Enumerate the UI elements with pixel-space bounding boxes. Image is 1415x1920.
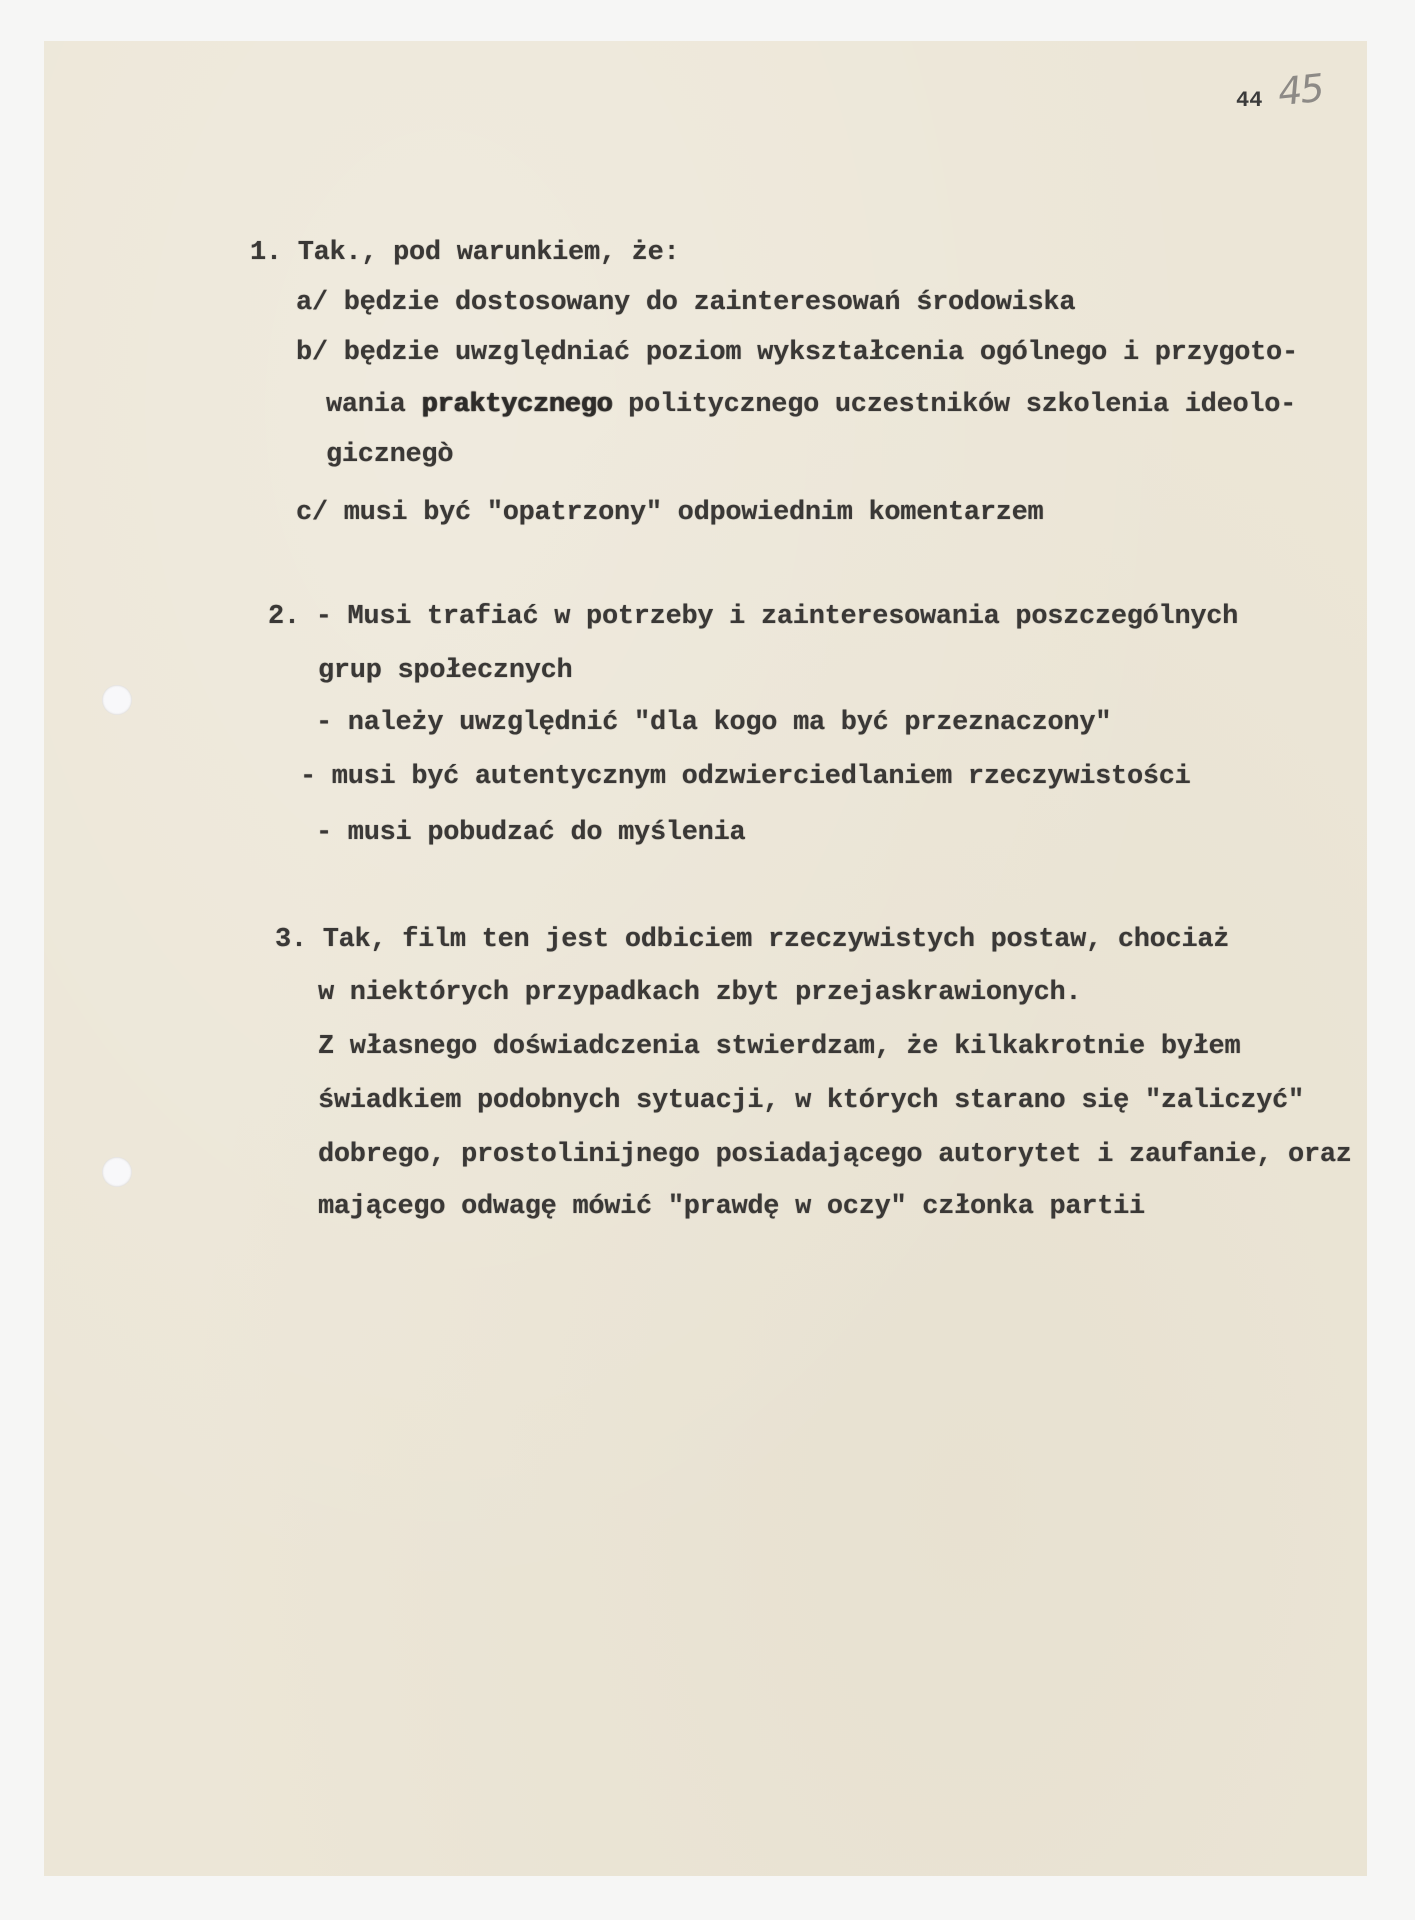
section-2-heading: 2. - Musi trafiać w potrzeby i zainteres… bbox=[268, 602, 1238, 632]
section-1-item-b: b/ będzie uwzględniać poziom wykształcen… bbox=[296, 338, 1298, 368]
section-3-line-3: Z własnego doświadczenia stwierdzam, że … bbox=[318, 1032, 1240, 1062]
section-2-bullet-3: - musi pobudzać do myślenia bbox=[316, 818, 745, 848]
section-3-line-6: mającego odwagę mówić "prawdę w oczy" cz… bbox=[318, 1192, 1145, 1222]
section-1-heading: 1. Tak., pod warunkiem, że: bbox=[250, 238, 679, 268]
punch-hole-bottom bbox=[102, 1157, 132, 1187]
section-2-bullet-2: - musi być autentycznym odzwierciedlanie… bbox=[300, 762, 1191, 792]
section-3-heading: 3. Tak, film ten jest odbiciem rzeczywis… bbox=[275, 925, 1229, 955]
struck-out-word: praktycznego bbox=[421, 390, 612, 420]
section-1-item-b-cont: wania praktycznego politycznego uczestni… bbox=[326, 390, 1296, 420]
page-number-typed: 44 bbox=[1236, 88, 1262, 113]
section-3-line-4: świadkiem podobnych sytuacji, w których … bbox=[318, 1086, 1304, 1116]
section-2-heading-cont: grup społecznych bbox=[318, 656, 572, 686]
punch-hole-top bbox=[102, 685, 132, 715]
section-1-item-c: c/ musi być "opatrzony" odpowiednim kome… bbox=[296, 498, 1043, 528]
section-2-bullet-1: - należy uwzględnić "dla kogo ma być prz… bbox=[316, 708, 1111, 738]
section-1-item-b-end: gicznegò bbox=[326, 440, 453, 470]
text-fragment: politycznego uczestników szkolenia ideol… bbox=[612, 390, 1296, 420]
section-1-item-a: a/ będzie dostosowany do zainteresowań ś… bbox=[296, 288, 1075, 318]
page-number-handwritten: 45 bbox=[1276, 66, 1325, 114]
text-fragment: wania bbox=[326, 390, 421, 420]
section-3-line-5: dobrego, prostolinijnego posiadającego a… bbox=[318, 1140, 1352, 1170]
section-3-line-2: w niektórych przypadkach zbyt przejaskra… bbox=[318, 978, 1081, 1008]
